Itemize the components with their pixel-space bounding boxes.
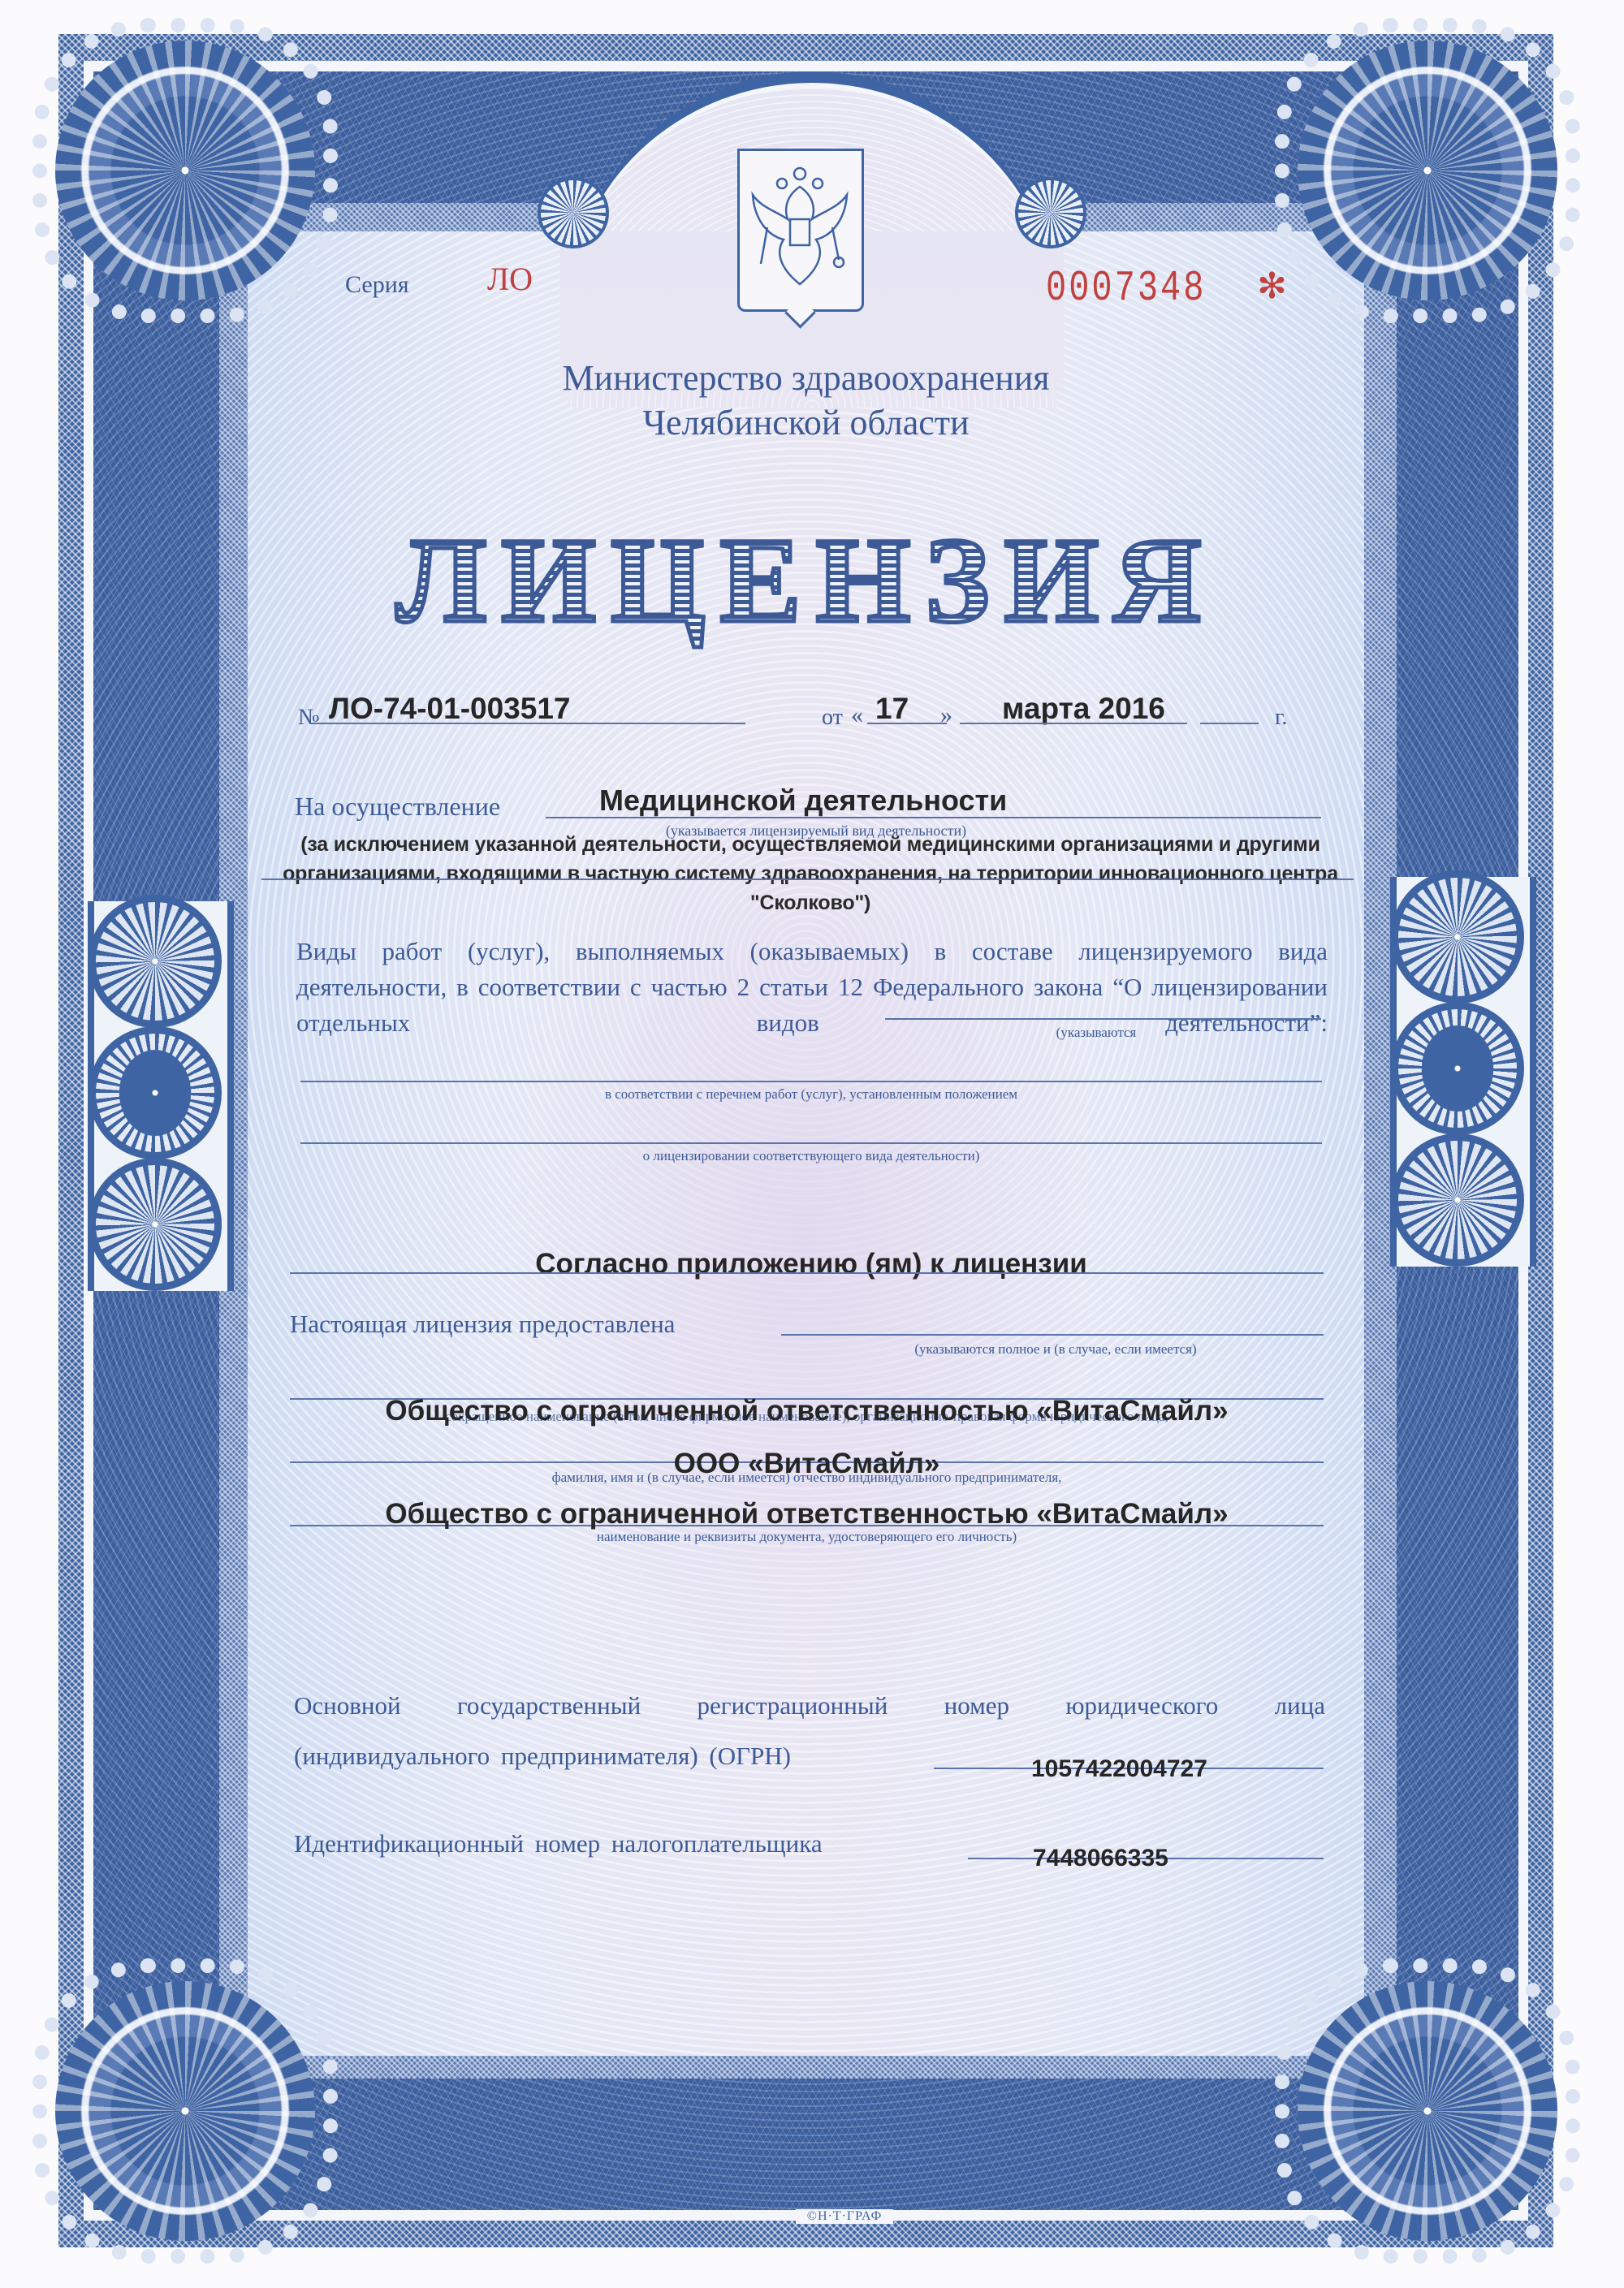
arch-roundel-right-icon [1015, 177, 1086, 248]
date-day: 17 [875, 692, 909, 726]
works-underline-2 [300, 1081, 1322, 1082]
granted-caption-4: наименование и реквизиты документа, удос… [290, 1529, 1324, 1545]
licensee-short-name: ООО «ВитаСмайл» [290, 1448, 1324, 1480]
inn-value: 7448066335 [1033, 1845, 1168, 1872]
series-label: Серия [345, 271, 409, 299]
issuer-line-1: Министерство здравоохранения [248, 357, 1364, 399]
exception-underline [261, 879, 1354, 880]
right-medallion-middle-icon [1391, 1002, 1524, 1135]
number-underline [311, 723, 745, 724]
license-number: ЛО-74-01-003517 [329, 692, 570, 726]
printer-mark: ©Н·Т·ГРАФ [796, 2209, 893, 2224]
activity-label: На осуществление [295, 792, 500, 822]
number-label: № [298, 705, 320, 731]
day-underline [867, 723, 947, 724]
activity-underline [546, 817, 1321, 818]
corner-rosette-top-right-icon [1298, 41, 1557, 300]
corner-rosette-bottom-right-icon [1298, 1981, 1557, 2241]
works-underline-1 [885, 1018, 1321, 1020]
inn-label: Идентификационный номер налогоплательщик… [294, 1829, 823, 1858]
corner-rosette-bottom-left-icon [55, 1981, 315, 2241]
document-title: ЛИЦЕНЗИЯ [248, 520, 1364, 641]
date-open-quote: « [851, 702, 863, 729]
licensee-company-name: Общество с ограниченной ответственностью… [290, 1498, 1324, 1530]
date-month-year: марта 2016 [1002, 692, 1165, 726]
corner-rosette-top-left-icon [55, 41, 315, 300]
licensee-full-name: Общество с ограниченной ответственностью… [290, 1395, 1324, 1427]
year-suffix-underline [1200, 723, 1259, 724]
works-paragraph: Виды работ (услуг), выполняемых (оказыва… [296, 934, 1328, 1041]
works-caption-2: в соответствии с перечнем работ (услуг),… [300, 1086, 1322, 1103]
works-caption-3: о лицензировании соответствующего вида д… [300, 1148, 1322, 1164]
left-medallion-top-icon [89, 895, 222, 1028]
works-underline-3 [300, 1142, 1322, 1144]
russian-coat-of-arms-icon [743, 162, 857, 292]
works-caption-1: (указываются [1039, 1025, 1153, 1041]
granted-caption-1: (указываются полное и (в случае, если им… [877, 1341, 1234, 1358]
activity-exception: (за исключением указанной деятельности, … [258, 830, 1363, 917]
issuer-line-2: Челябинской области [248, 402, 1364, 444]
right-medallion-bottom-icon [1391, 1133, 1524, 1267]
granted-label: Настоящая лицензия предоставлена [290, 1310, 675, 1339]
arch-roundel-left-icon [538, 177, 609, 248]
works-value-underline [290, 1272, 1324, 1274]
series-value: ЛО [487, 260, 533, 298]
date-prefix: от [822, 705, 843, 731]
ogrn-value: 1057422004727 [1031, 1755, 1207, 1783]
asterisk-ornament-icon: ✻ [1257, 265, 1287, 307]
ogrn-label-line-2: (индивидуального предпринимателя) (ОГРН) [294, 1742, 791, 1771]
date-close-quote: » [940, 702, 952, 729]
activity-value: Медицинской деятельности [599, 784, 1007, 818]
granted-underline [781, 1334, 1324, 1336]
ogrn-label-line-1: Основной государственный регистрационный… [294, 1691, 1325, 1720]
serial-number: 0007348 [1046, 264, 1206, 313]
left-medallion-bottom-icon [89, 1158, 222, 1291]
month-underline [960, 723, 1187, 724]
left-medallion-middle-icon [89, 1026, 222, 1159]
right-medallion-top-icon [1391, 870, 1524, 1004]
works-value: Согласно приложению (ям) к лицензии [300, 1248, 1322, 1280]
date-suffix: г. [1275, 705, 1287, 731]
